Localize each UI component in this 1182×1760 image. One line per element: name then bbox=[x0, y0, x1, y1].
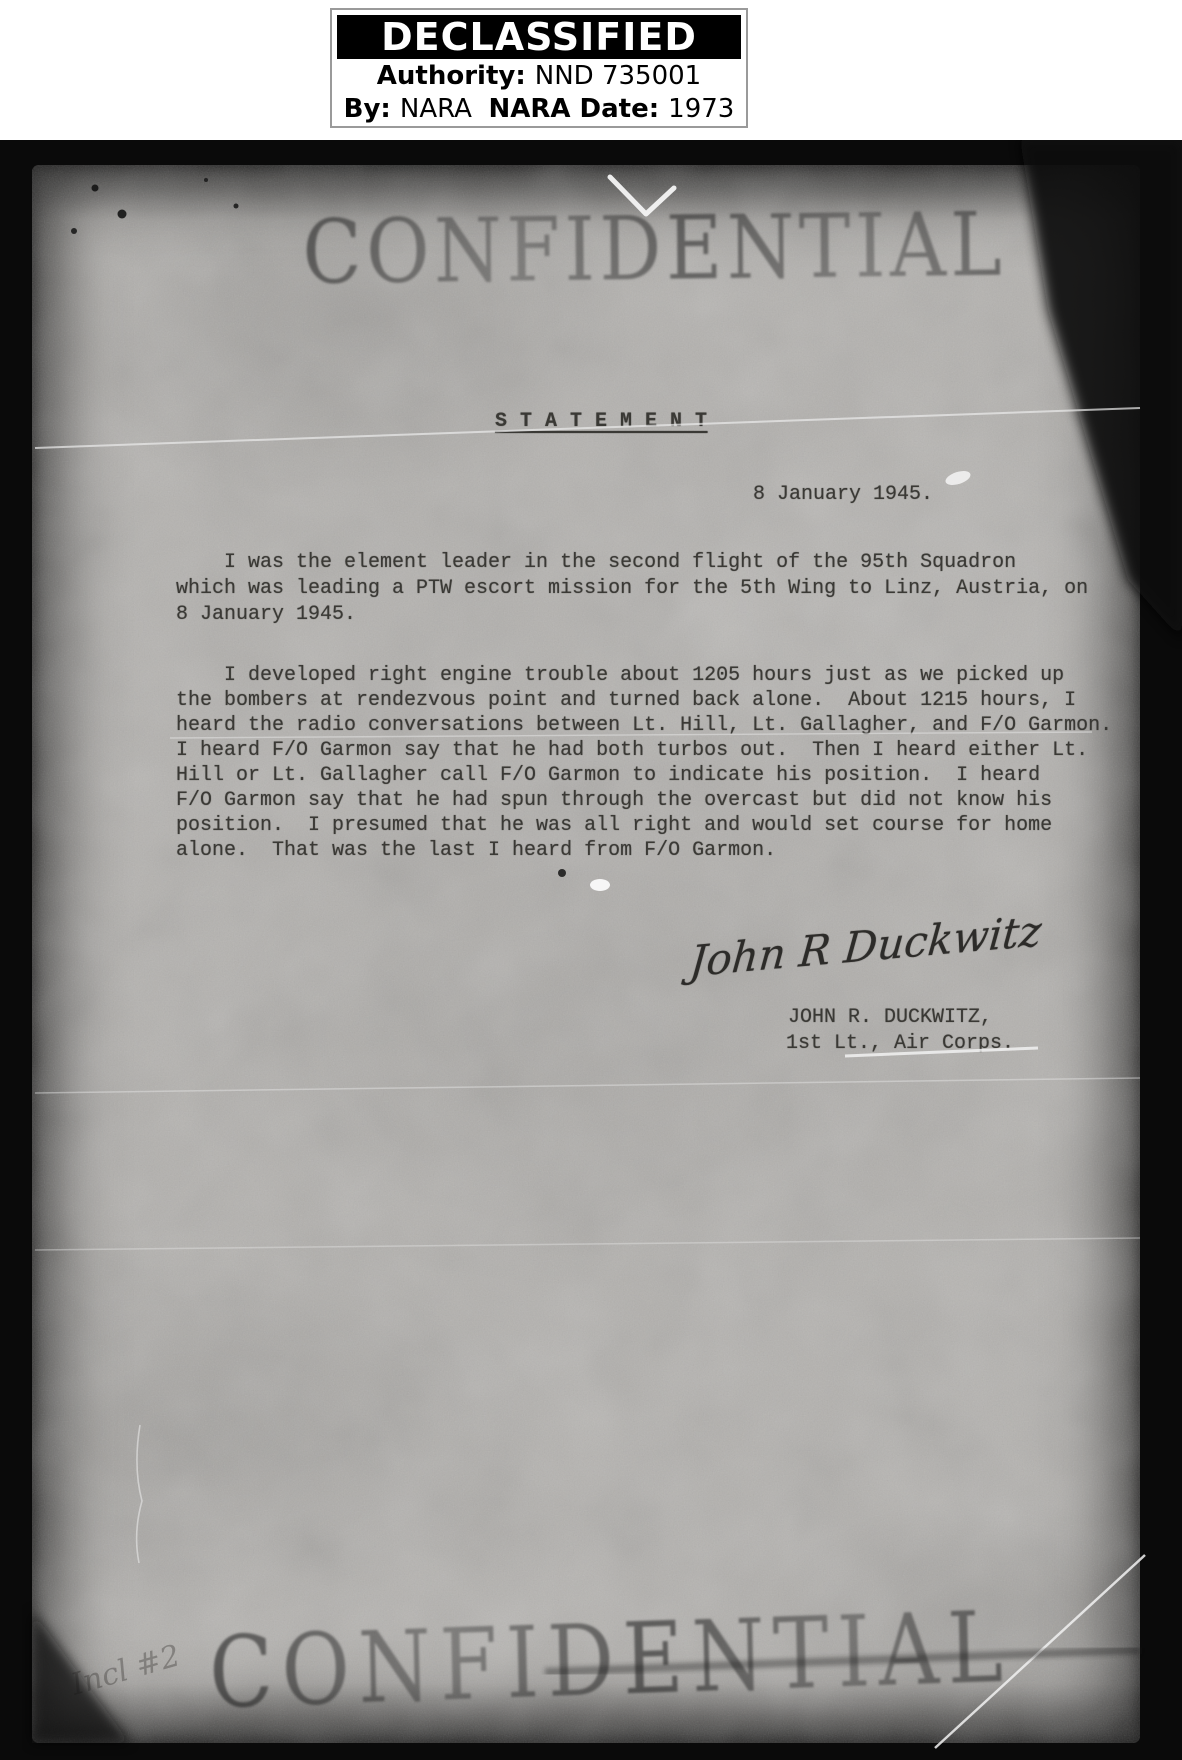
by-date-line: By: NARA NARA Date: 1973 bbox=[344, 93, 735, 125]
statement-date: 8 January 1945. bbox=[753, 483, 933, 506]
typed-line: which was leading a PTW escort mission f… bbox=[176, 576, 1088, 602]
nara-date-value: 1973 bbox=[668, 94, 734, 124]
authority-line: Authority: NND 735001 bbox=[377, 60, 701, 92]
typed-line: Hill or Lt. Gallagher call F/O Garmon to… bbox=[176, 763, 1112, 788]
document-paper: CONFIDENTIAL S T A T E M E N T 8 January… bbox=[32, 165, 1140, 1743]
declassified-title: DECLASSIFIED bbox=[337, 15, 741, 59]
nara-date-label: NARA Date: bbox=[488, 94, 668, 124]
scanned-document: CONFIDENTIAL S T A T E M E N T 8 January… bbox=[0, 140, 1182, 1760]
pencil-note: Incl #2 bbox=[67, 1638, 184, 1702]
paragraph-2: I developed right engine trouble about 1… bbox=[176, 663, 1112, 863]
confidential-stamp-top: CONFIDENTIAL bbox=[302, 193, 1007, 304]
typed-line: heard the radio conversations between Lt… bbox=[176, 713, 1112, 738]
typed-line: I heard F/O Garmon say that he had both … bbox=[176, 738, 1112, 763]
signature-rank: 1st Lt., Air Corps. bbox=[786, 1032, 1014, 1055]
signature-typed-name: JOHN R. DUCKWITZ, bbox=[788, 1006, 992, 1029]
statement-title: S T A T E M E N T bbox=[495, 410, 708, 433]
by-label: By: bbox=[344, 94, 400, 124]
declassified-banner: DECLASSIFIED Authority: NND 735001 By: N… bbox=[330, 8, 748, 128]
typed-line: the bombers at rendezvous point and turn… bbox=[176, 688, 1112, 713]
typed-line: 8 January 1945. bbox=[176, 602, 1088, 628]
typed-line: position. I presumed that he was all rig… bbox=[176, 813, 1112, 838]
by-value: NARA bbox=[400, 94, 489, 124]
typed-line: alone. That was the last I heard from F/… bbox=[176, 838, 1112, 863]
typed-line: F/O Garmon say that he had spun through … bbox=[176, 788, 1112, 813]
confidential-stamp-bottom: CONFIDENTIAL bbox=[208, 1591, 1012, 1731]
handwritten-signature: John R Duckwitz bbox=[688, 906, 1044, 986]
authority-value: NND 735001 bbox=[535, 61, 701, 91]
authority-label: Authority: bbox=[377, 61, 535, 91]
typed-line: I was the element leader in the second f… bbox=[176, 550, 1088, 576]
paragraph-1: I was the element leader in the second f… bbox=[176, 550, 1088, 628]
typed-line: I developed right engine trouble about 1… bbox=[176, 663, 1112, 688]
